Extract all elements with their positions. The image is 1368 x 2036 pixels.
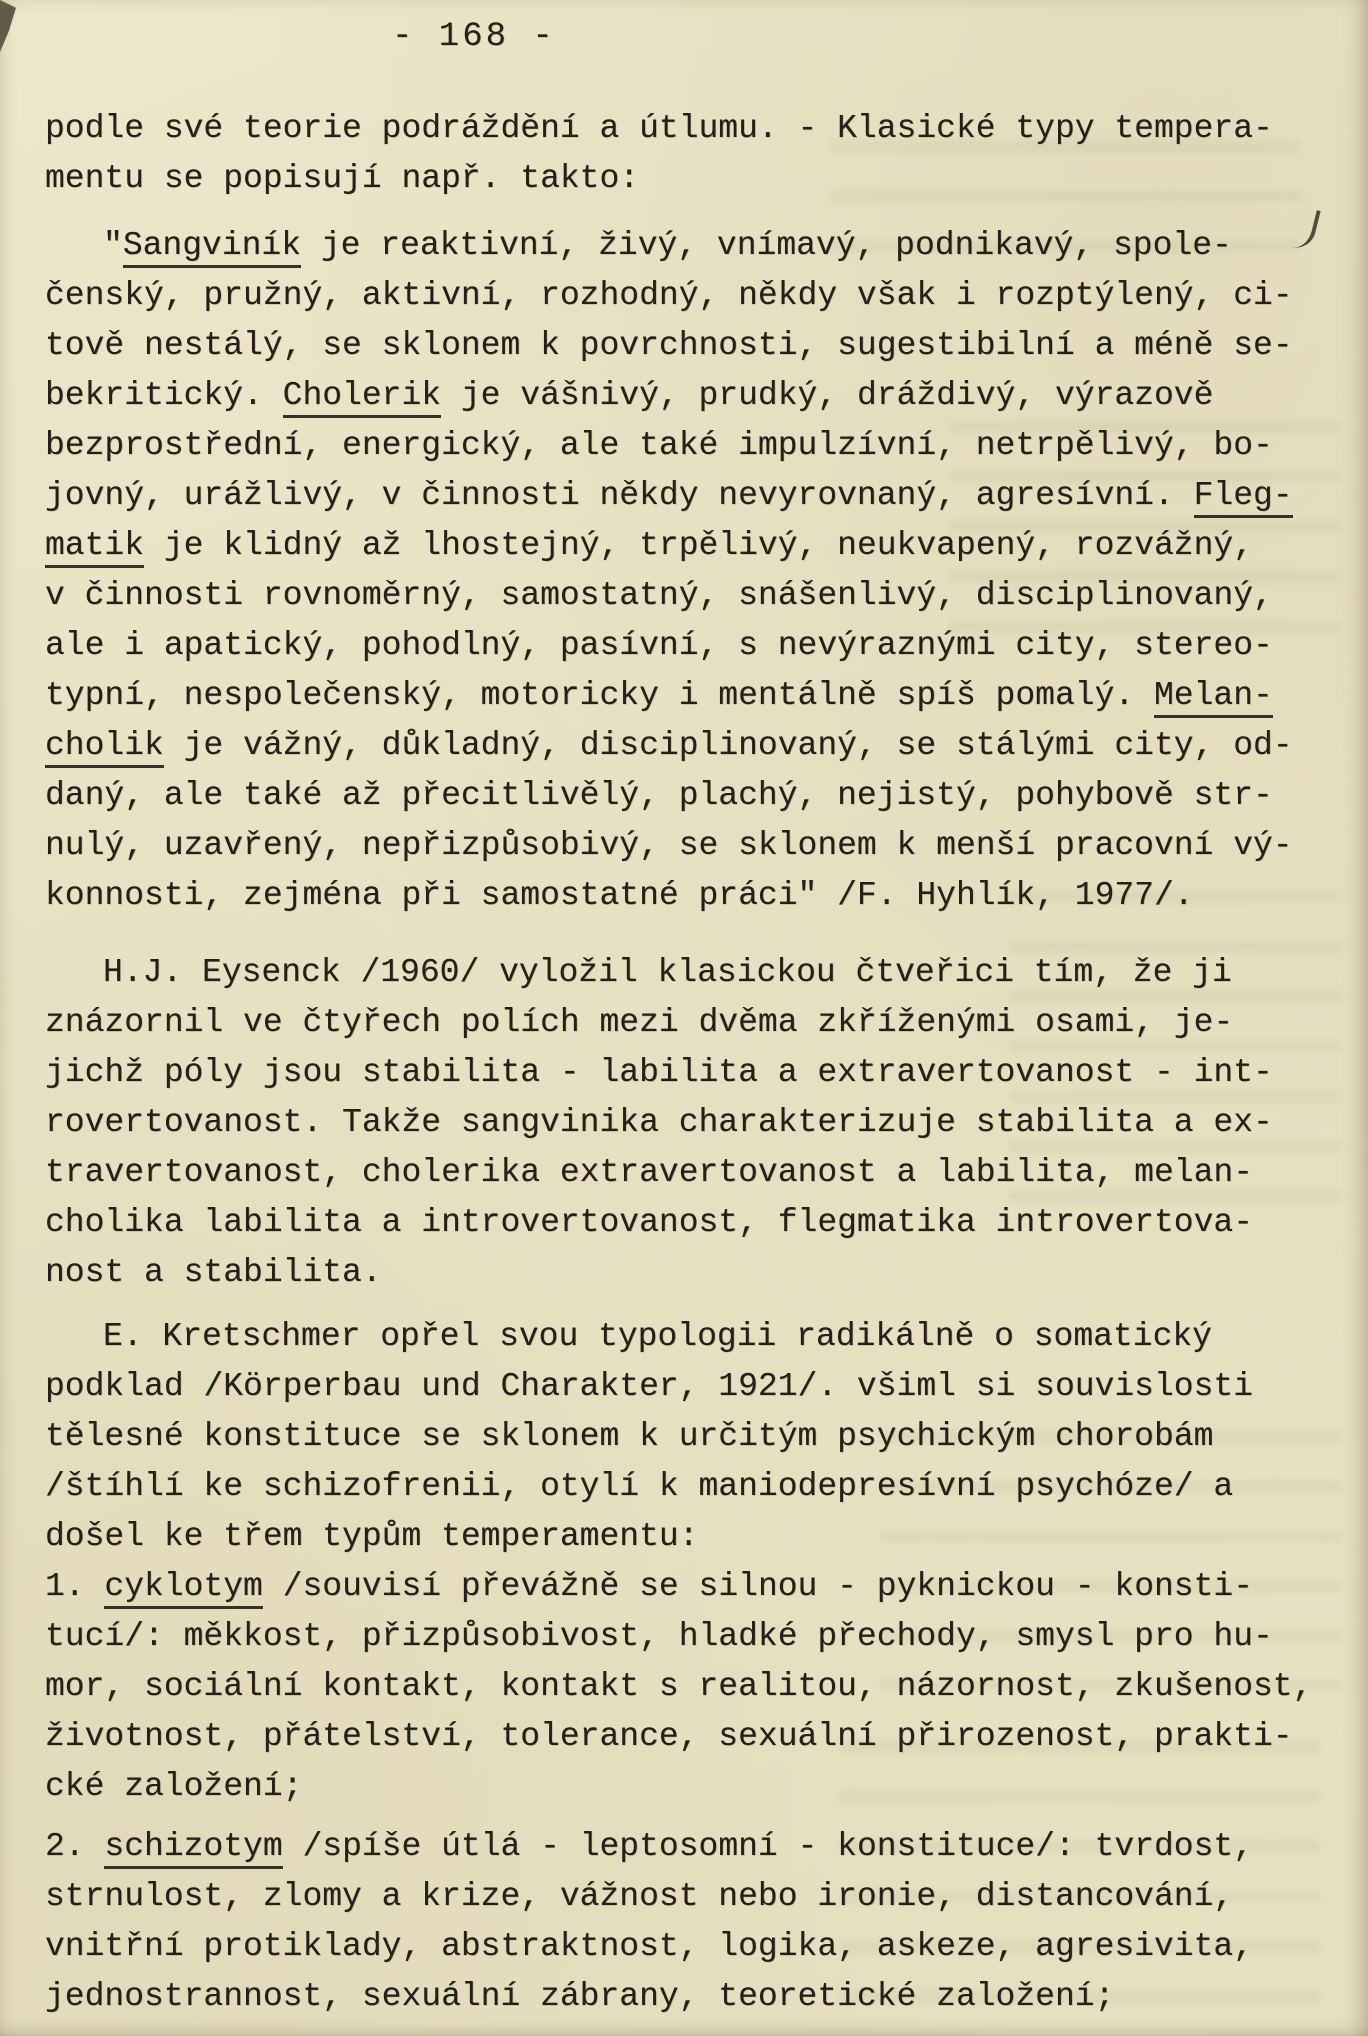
text-segment: vnitřní protiklady, abstraktnost, logika… xyxy=(45,1928,1253,1965)
text-line: "Sangviník je reaktivní, živý, vnímavý, … xyxy=(45,221,1345,271)
underlined-term: Sangviník xyxy=(123,227,301,268)
text-segment: " xyxy=(103,227,123,264)
text-segment: daný, ale také až přecitlivělý, plachý, … xyxy=(45,777,1273,814)
text-segment: je klidný až lhostejný, trpělivý, neukva… xyxy=(144,527,1253,564)
text-line: 1. cyklotym /souvisí převážně se silnou … xyxy=(45,1562,1345,1612)
text-line: daný, ale také až přecitlivělý, plachý, … xyxy=(45,771,1345,821)
text-line: jichž póly jsou stabilita - labilita a e… xyxy=(45,1048,1345,1098)
text-segment: cké založení; xyxy=(45,1768,302,1805)
text-segment: bezprostřední, energický, ale také impul… xyxy=(45,427,1273,464)
text-line: čenský, pružný, aktivní, rozhodný, někdy… xyxy=(45,271,1345,321)
text-segment: ale i apatický, pohodlný, pasívní, s nev… xyxy=(45,627,1273,664)
text-line: tově nestálý, se sklonem k povrchnosti, … xyxy=(45,321,1345,371)
text-segment: podle své teorie podráždění a útlumu. - … xyxy=(45,110,1273,147)
text-segment: typní, nespolečenský, motoricky i mentál… xyxy=(45,677,1154,714)
text-line: životnost, přátelství, tolerance, sexuál… xyxy=(45,1712,1345,1762)
text-line: rovertovanost. Takže sangvinika charakte… xyxy=(45,1098,1345,1148)
underlined-term: schizotym xyxy=(104,1828,282,1869)
scanned-document-page: { "colors": { "paper": "#e9e2c5", "ink":… xyxy=(0,0,1368,2036)
underlined-term: cholik xyxy=(45,727,164,768)
text-line: E. Kretschmer opřel svou typologii radik… xyxy=(45,1312,1345,1362)
text-line: tucí/: měkkost, přizpůsobivost, hladké p… xyxy=(45,1612,1345,1662)
text-segment: mor, sociální kontakt, kontakt s realito… xyxy=(45,1668,1312,1705)
document-body: podle své teorie podráždění a útlumu. - … xyxy=(45,104,1345,2022)
text-line: jednostrannost, sexuální zábrany, teoret… xyxy=(45,1972,1345,2022)
text-segment: 1. xyxy=(45,1568,104,1605)
text-segment: nost a stabilita. xyxy=(45,1254,382,1291)
text-segment: jovný, urážlivý, v činnosti někdy nevyro… xyxy=(45,477,1194,514)
list-item-cyklotym: 1. cyklotym /souvisí převážně se silnou … xyxy=(45,1562,1345,1812)
text-line: matik je klidný až lhostejný, trpělivý, … xyxy=(45,521,1345,571)
list-item-schizotym: 2. schizotym /spíše útlá - leptosomní - … xyxy=(45,1822,1345,2022)
text-segment: konnosti, zejména při samostatné práci" … xyxy=(45,877,1194,914)
paragraph-classic-types: "Sangviník je reaktivní, živý, vnímavý, … xyxy=(45,221,1345,921)
text-segment: v činnosti rovnoměrný, samostatný, snáše… xyxy=(45,577,1273,614)
text-line: mor, sociální kontakt, kontakt s realito… xyxy=(45,1662,1345,1712)
text-segment: 2. xyxy=(45,1828,104,1865)
text-segment: /spíše útlá - leptosomní - konstituce/: … xyxy=(283,1828,1253,1865)
text-segment: je vážný, důkladný, disciplinovaný, se s… xyxy=(164,727,1293,764)
paragraph-kretschmer: E. Kretschmer opřel svou typologii radik… xyxy=(45,1312,1345,1562)
text-line: vnitřní protiklady, abstraktnost, logika… xyxy=(45,1922,1345,1972)
text-line: cholik je vážný, důkladný, disciplinovan… xyxy=(45,721,1345,771)
text-line: bezprostřední, energický, ale také impul… xyxy=(45,421,1345,471)
text-segment: bekritický. xyxy=(45,377,283,414)
text-segment: životnost, přátelství, tolerance, sexuál… xyxy=(45,1718,1293,1755)
paragraph-eysenck: H.J. Eysenck /1960/ vyložil klasickou čt… xyxy=(45,948,1345,1298)
text-segment: podklad /Körperbau und Charakter, 1921/.… xyxy=(45,1368,1253,1405)
text-segment: H.J. Eysenck /1960/ vyložil klasickou čt… xyxy=(103,954,1232,991)
paragraph-intro: podle své teorie podráždění a útlumu. - … xyxy=(45,104,1345,204)
text-line: strnulost, zlomy a krize, vážnost nebo i… xyxy=(45,1872,1345,1922)
text-line: znázornil ve čtyřech polích mezi dvěma z… xyxy=(45,998,1345,1048)
text-segment: strnulost, zlomy a krize, vážnost nebo i… xyxy=(45,1878,1233,1915)
text-line: H.J. Eysenck /1960/ vyložil klasickou čt… xyxy=(45,948,1345,998)
text-line: bekritický. Cholerik je vášnivý, prudký,… xyxy=(45,371,1345,421)
underlined-term: Cholerik xyxy=(283,377,441,418)
text-segment: nulý, uzavřený, nepřizpůsobivý, se sklon… xyxy=(45,827,1293,864)
text-line: cholika labilita a introvertovanost, fle… xyxy=(45,1198,1345,1248)
text-segment: znázornil ve čtyřech polích mezi dvěma z… xyxy=(45,1004,1233,1041)
text-line: mentu se popisují např. takto: xyxy=(45,154,1345,204)
text-segment: čenský, pružný, aktivní, rozhodný, někdy… xyxy=(45,277,1293,314)
page-number: - 168 - xyxy=(392,18,556,56)
text-segment: rovertovanost. Takže sangvinika charakte… xyxy=(45,1104,1273,1141)
underlined-term: Fleg- xyxy=(1194,477,1293,518)
text-line: /štíhlí ke schizofrenii, otylí k maniode… xyxy=(45,1462,1345,1512)
text-segment: je vášnivý, prudký, dráždivý, výrazově xyxy=(441,377,1213,414)
text-line: cké založení; xyxy=(45,1762,1345,1812)
page: - 168 - podle své teorie podráždění a út… xyxy=(0,0,1368,2036)
text-segment: tělesné konstituce se sklonem k určitým … xyxy=(45,1418,1213,1455)
text-line: nost a stabilita. xyxy=(45,1248,1345,1298)
text-line: tělesné konstituce se sklonem k určitým … xyxy=(45,1412,1345,1462)
text-segment: tově nestálý, se sklonem k povrchnosti, … xyxy=(45,327,1293,364)
scan-corner-artifact xyxy=(0,0,16,52)
text-line: typní, nespolečenský, motoricky i mentál… xyxy=(45,671,1345,721)
text-segment: /štíhlí ke schizofrenii, otylí k maniode… xyxy=(45,1468,1233,1505)
text-segment: je reaktivní, živý, vnímavý, podnikavý, … xyxy=(301,227,1232,264)
text-line: nulý, uzavřený, nepřizpůsobivý, se sklon… xyxy=(45,821,1345,871)
text-segment: tucí/: měkkost, přizpůsobivost, hladké p… xyxy=(45,1618,1273,1655)
text-line: jovný, urážlivý, v činnosti někdy nevyro… xyxy=(45,471,1345,521)
text-segment: E. Kretschmer opřel svou typologii radik… xyxy=(103,1318,1212,1355)
text-line: konnosti, zejména při samostatné práci" … xyxy=(45,871,1345,921)
text-line: 2. schizotym /spíše útlá - leptosomní - … xyxy=(45,1822,1345,1872)
text-segment: /souvisí převážně se silnou - pyknickou … xyxy=(263,1568,1253,1605)
text-segment: jednostrannost, sexuální zábrany, teoret… xyxy=(45,1978,1114,2015)
text-line: travertovanost, cholerika extravertovano… xyxy=(45,1148,1345,1198)
underlined-term: matik xyxy=(45,527,144,568)
text-line: podklad /Körperbau und Charakter, 1921/.… xyxy=(45,1362,1345,1412)
underlined-term: cyklotym xyxy=(104,1568,262,1609)
text-segment: cholika labilita a introvertovanost, fle… xyxy=(45,1204,1253,1241)
text-line: došel ke třem typům temperamentu: xyxy=(45,1512,1345,1562)
text-segment: jichž póly jsou stabilita - labilita a e… xyxy=(45,1054,1273,1091)
underlined-term: Melan- xyxy=(1154,677,1273,718)
text-segment: mentu se popisují např. takto: xyxy=(45,160,639,197)
text-line: podle své teorie podráždění a útlumu. - … xyxy=(45,104,1345,154)
text-line: ale i apatický, pohodlný, pasívní, s nev… xyxy=(45,621,1345,671)
text-segment: travertovanost, cholerika extravertovano… xyxy=(45,1154,1253,1191)
text-segment: došel ke třem typům temperamentu: xyxy=(45,1518,699,1555)
text-line: v činnosti rovnoměrný, samostatný, snáše… xyxy=(45,571,1345,621)
